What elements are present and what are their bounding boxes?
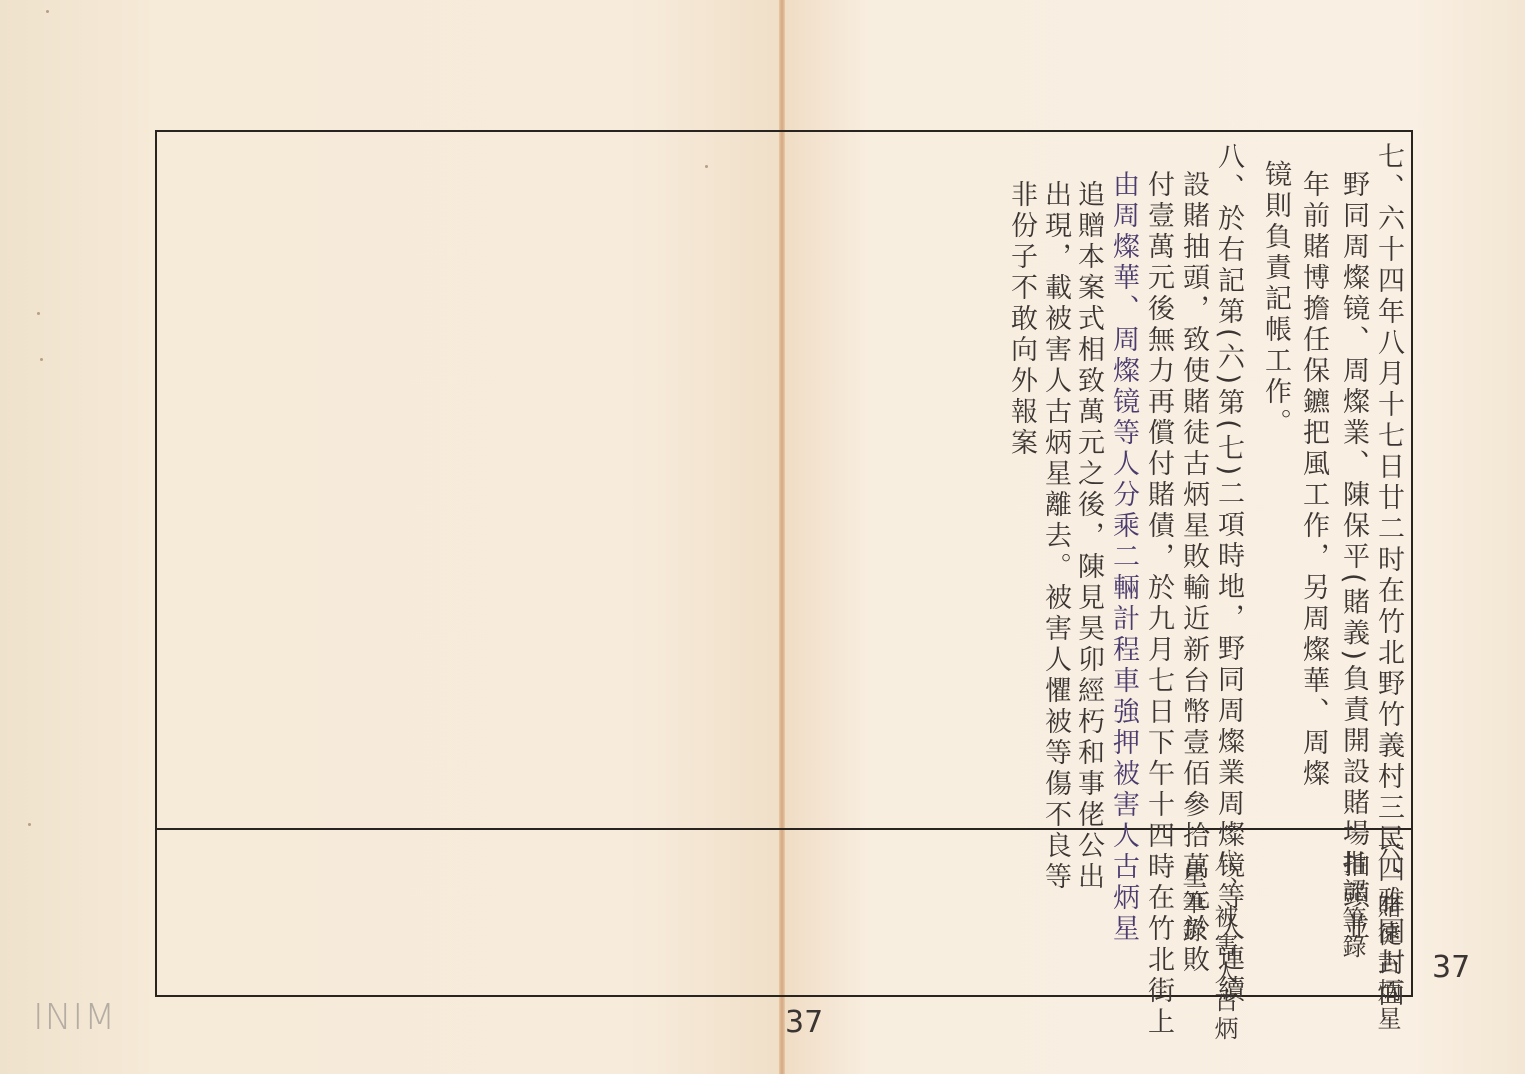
note-identification-record: 指認筆錄 [1340, 850, 1364, 962]
section-8-line-3: 付壹萬元後無力再償付賭債，於九月七日下午十四時在竹北街上 [1145, 170, 1172, 1038]
section-7-line-4: 镜則負責記帳工作。 [1262, 160, 1289, 439]
section-8-line-5: 追贈本案式相致萬元之後，陳見昊卯經朽和事佬公出 [1075, 180, 1102, 893]
note-gambler-label: 六、賭徒古炳星 [1375, 838, 1399, 1034]
paper-speck [37, 312, 40, 315]
paper-speck [40, 358, 43, 361]
note-victim-record: 星筆錄 [1180, 862, 1204, 946]
paper-speck [705, 165, 708, 168]
section-8-line-2: 設賭抽頭，致使賭徒古炳星敗輸近新台幣壹佰參拾萬元於敗 [1180, 170, 1207, 976]
note-victim-label: 八、被害人古炳 [1212, 848, 1236, 1044]
page-number-right: 37 [1432, 950, 1470, 985]
section-8-line-4: 由周燦華、周燦镜等人分乘二輛計程車強押被害人古炳星 [1110, 170, 1137, 945]
section-7-line-3: 年前賭博擔任保鑣把風工作，另周燦華、周燦 [1300, 170, 1327, 790]
section-8-line-7: 非份子不敢向外報案 [1008, 180, 1035, 459]
paper-speck [46, 10, 49, 13]
paper-speck [28, 823, 31, 826]
section-7-line-2: 野同周燦镜、周燦業、陳保平(賭義)負責開設賭場抽頭並 [1340, 170, 1367, 943]
page-number-center: 37 [785, 1005, 823, 1040]
section-8-line-6: 出現，載被害人古炳星離去。被害人懼被等傷不良等 [1042, 180, 1069, 893]
watermark-logo: INIM [33, 997, 116, 1038]
